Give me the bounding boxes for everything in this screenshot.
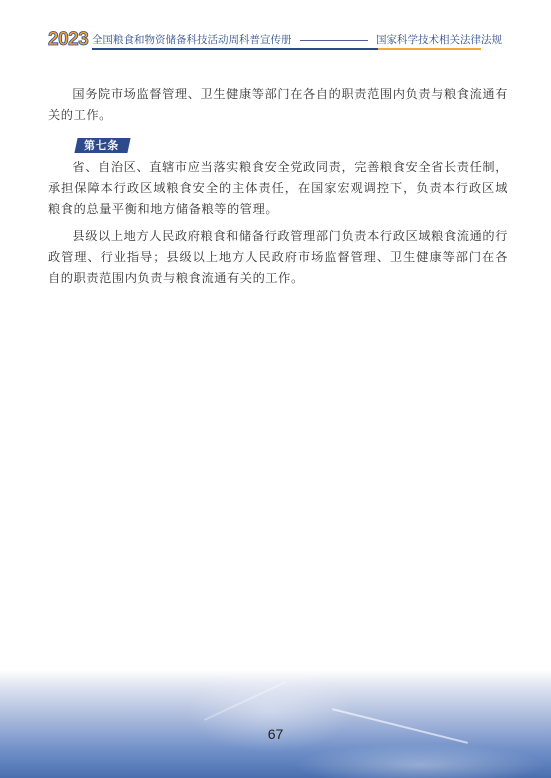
header-year: 2023 [48, 30, 88, 50]
article-label: 第七条 [84, 138, 119, 153]
paragraph: 省、自治区、直辖市应当落实粮食安全党政同责，完善粮食安全省长责任制，承担保障本行… [48, 157, 508, 220]
header-dash-divider [300, 40, 368, 41]
header-rule-blue [92, 48, 378, 50]
booklet-title: 全国粮食和物资储备科技活动周科普宣传册 [92, 33, 292, 47]
header-rule-orange [378, 48, 481, 50]
light-streak-decoration [204, 681, 286, 721]
paragraph: 县级以上地方人民政府粮食和储备行政管理部门负责本行政区域粮食流通的行政管理、行业… [48, 226, 508, 289]
paragraph: 国务院市场监督管理、卫生健康等部门在各自的职责范围内负责与粮食流通有关的工作。 [48, 84, 508, 126]
section-title: 国家科学技术相关法律法规 [376, 33, 502, 47]
article-label-badge: 第七条 [74, 138, 130, 153]
document-body: 国务院市场监督管理、卫生健康等部门在各自的职责范围内负责与粮食流通有关的工作。 … [48, 84, 508, 295]
footer-decorative-background [0, 670, 551, 778]
page-header: 2023 全国粮食和物资储备科技活动周科普宣传册 国家科学技术相关法律法规 [48, 30, 503, 52]
page-number: 67 [0, 726, 551, 742]
